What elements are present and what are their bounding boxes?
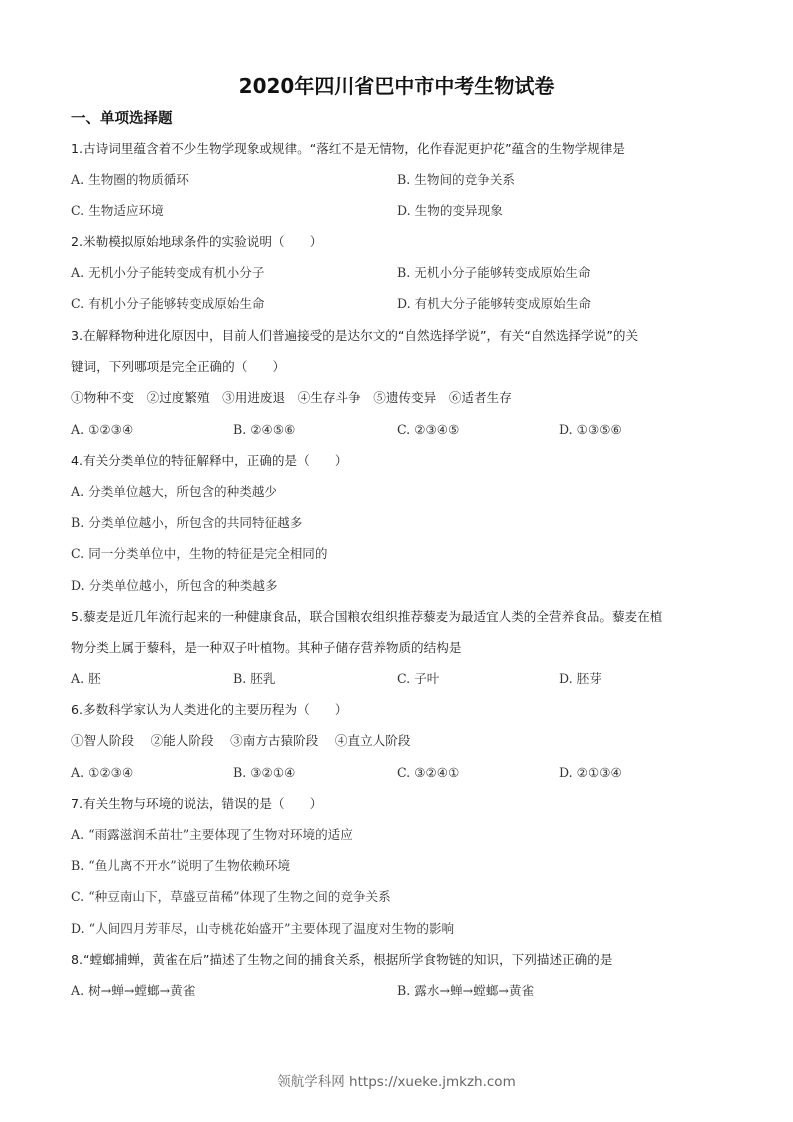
exam-page: 2020年四川省巴中市中考生物试卷 一、单项选择题 1.古诗词里蕴含着不少生物学… [0,0,793,1122]
question-3-stem-line-2: 键词，下列哪项是完全正确的（ ） [71,357,285,377]
question-8-option-b: B. 露水→蝉→螳螂→黄雀 [397,981,534,1001]
question-2-option-c: C. 有机小分子能够转变成原始生命 [71,294,265,314]
question-1-option-d: D. 生物的变异现象 [397,201,503,221]
question-8-stem: 8.“螳螂捕蝉，黄雀在后”描述了生物之间的捕食关系，根据所学食物链的知识，下列描… [71,950,612,970]
question-7-option-b: B. “鱼儿离不开水”说明了生物依赖环境 [71,856,290,876]
question-6-option-b: B. ③②①④ [233,763,295,783]
question-6-stem: 6.多数科学家认为人类进化的主要历程为（ ） [71,700,348,720]
question-3-items: ①物种不变 ②过度繁殖 ③用进废退 ④生存斗争 ⑤遗传变异 ⑥适者生存 [71,388,512,408]
question-5-option-c: C. 子叶 [397,669,439,689]
question-3-option-a: A. ①②③④ [71,420,133,440]
question-5-stem-line-2: 物分类上属于藜科，是一种双子叶植物。其种子储存营养物质的结构是 [71,638,461,658]
question-2-option-b: B. 无机小分子能够转变成原始生命 [397,263,591,283]
question-3-option-c: C. ②③④⑤ [397,420,459,440]
question-7-stem: 7.有关生物与环境的说法，错误的是（ ） [71,794,322,814]
page-title: 2020年四川省巴中市中考生物试卷 [0,70,793,99]
question-2-option-d: D. 有机大分子能够转变成原始生命 [397,294,591,314]
question-6-option-c: C. ③②④① [397,763,459,783]
question-6-option-a: A. ①②③④ [71,763,133,783]
question-7-option-a: A. “雨露滋润禾苗壮”主要体现了生物对环境的适应 [71,825,353,845]
question-6-option-d: D. ②①③④ [559,763,622,783]
page-footer-watermark: 领航学科网 https://xueke.jmkzh.com [0,1070,793,1090]
question-7-option-d: D. “人间四月芳菲尽，山寺桃花始盛开”主要体现了温度对生物的影响 [71,919,454,939]
question-5-option-d: D. 胚芽 [559,669,602,689]
question-4-option-b: B. 分类单位越小，所包含的共同特征越多 [71,513,302,533]
question-4-option-a: A. 分类单位越大，所包含的种类越少 [71,482,277,502]
question-4-option-c: C. 同一分类单位中，生物的特征是完全相同的 [71,544,327,564]
question-8-option-a: A. 树→蝉→螳螂→黄雀 [71,981,195,1001]
question-5-stem-line-1: 5.藜麦是近几年流行起来的一种健康食品，联合国粮农组织推荐藜麦为最适宜人类的全营… [71,607,662,627]
question-4-option-d: D. 分类单位越小，所包含的种类越多 [71,576,278,596]
question-5-option-b: B. 胚乳 [233,669,275,689]
question-2-stem: 2.米勒模拟原始地球条件的实验说明（ ） [71,232,322,252]
question-2-option-a: A. 无机小分子能转变成有机小分子 [71,263,264,283]
question-3-stem-line-1: 3.在解释物种进化原因中，目前人们普遍接受的是达尔文的“自然选择学说”，有关“自… [71,326,638,346]
question-5-option-a: A. 胚 [71,669,101,689]
question-3-option-d: D. ①③⑤⑥ [559,420,622,440]
question-6-items: ①智人阶段 ②能人阶段 ③南方古猿阶段 ④直立人阶段 [71,731,410,751]
question-4-stem: 4.有关分类单位的特征解释中，正确的是（ ） [71,451,348,471]
question-1-option-c: C. 生物适应环境 [71,201,164,221]
question-1-option-a: A. 生物圈的物质循环 [71,170,189,190]
section-heading: 一、单项选择题 [71,107,173,128]
question-3-option-b: B. ②④⑤⑥ [233,420,295,440]
question-1-stem: 1.古诗词里蕴含着不少生物学现象或规律。“落红不是无情物，化作春泥更护花”蕴含的… [71,139,625,159]
question-7-option-c: C. “种豆南山下，草盛豆苗稀”体现了生物之间的竞争关系 [71,887,391,907]
question-1-option-b: B. 生物间的竞争关系 [397,170,515,190]
